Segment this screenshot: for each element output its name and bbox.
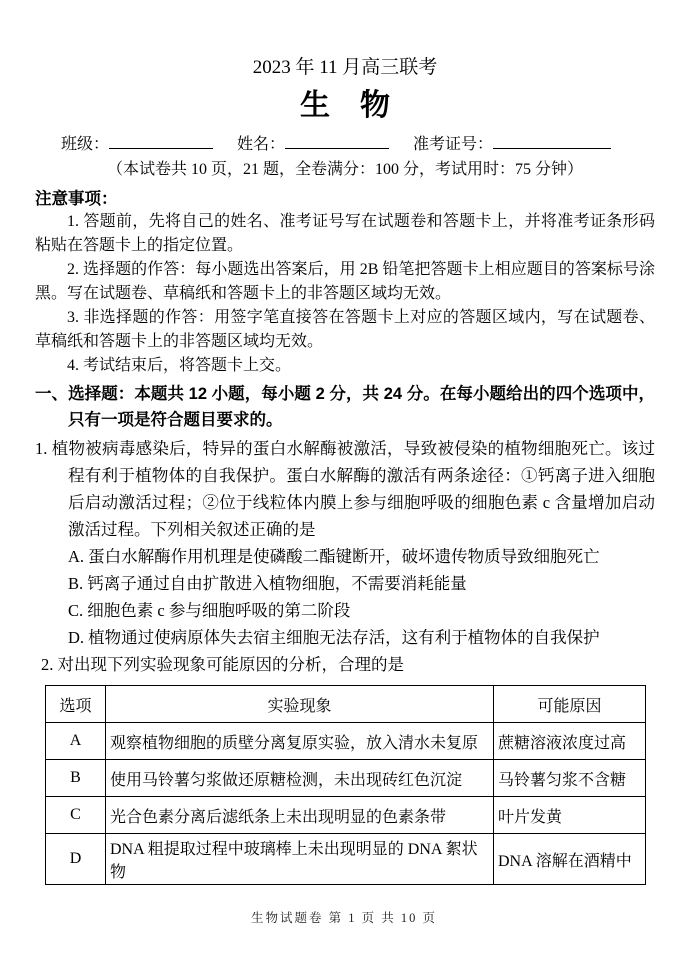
question-1-option-d: D. 植物通过使病原体失去宿主细胞无法存活，这有利于植物体的自我保护	[68, 624, 655, 651]
option-b-text: 钙离子通过自由扩散进入植物细胞，不需要消耗能量	[87, 574, 467, 593]
row-d-reason: DNA 溶解在酒精中	[494, 834, 646, 885]
question-1-stem-text: 植物被病毒感染后，特异的蛋白水解酶被激活，导致被侵染的植物细胞死亡。该过程有利于…	[52, 439, 655, 539]
name-label: 姓名：	[237, 136, 285, 153]
class-label: 班级：	[61, 136, 109, 153]
row-d-phenomenon: DNA 粗提取过程中玻璃棒上未出现明显的 DNA 絮状物	[106, 834, 494, 885]
option-d-text: 植物通过使病原体失去宿主细胞无法存活，这有利于植物体的自我保护	[88, 628, 600, 647]
option-b-label: B.	[68, 574, 83, 593]
header-reason: 可能原因	[494, 686, 646, 723]
table-header-row: 选项 实验现象 可能原因	[46, 686, 646, 723]
note-item-4: 4. 考试结束后，将答题卡上交。	[35, 354, 655, 378]
question-2: 2. 对出现下列实验现象可能原因的分析，合理的是 选项 实验现象 可能原因 A …	[35, 651, 655, 885]
note-item-3: 3. 非选择题的作答：用签字笔直接答在答题卡上对应的答题区域内，写在试题卷、草稿…	[35, 306, 655, 354]
subject-title: 生 物	[35, 88, 655, 124]
row-b-phenomenon: 使用马铃薯匀浆做还原糖检测，未出现砖红色沉淀	[106, 760, 494, 797]
option-a-label: A.	[68, 547, 84, 566]
admission-number-blank-line	[493, 133, 611, 149]
question-2-stem-text: 对出现下列实验现象可能原因的分析，合理的是	[58, 655, 405, 674]
row-b-option: B	[46, 760, 106, 797]
question-1-option-b: B. 钙离子通过自由扩散进入植物细胞，不需要消耗能量	[68, 570, 655, 597]
row-c-phenomenon: 光合色素分离后滤纸条上未出现明显的色素条带	[106, 797, 494, 834]
table-row-a: A 观察植物细胞的质壁分离复原实验，放入清水未复原 蔗糖溶液浓度过高	[46, 723, 646, 760]
question-1: 1. 植物被病毒感染后，特异的蛋白水解酶被激活，导致被侵染的植物细胞死亡。该过程…	[35, 435, 655, 651]
paper-info-line: （本试卷共 10 页，21 题，全卷满分：100 分，考试用时：75 分钟）	[35, 159, 655, 181]
row-a-phenomenon: 观察植物细胞的质壁分离复原实验，放入清水未复原	[106, 723, 494, 760]
table-row-d: D DNA 粗提取过程中玻璃棒上未出现明显的 DNA 絮状物 DNA 溶解在酒精…	[46, 834, 646, 885]
table-row-c: C 光合色素分离后滤纸条上未出现明显的色素条带 叶片发黄	[46, 797, 646, 834]
name-field: 姓名：	[237, 136, 389, 153]
section-heading-multiple-choice: 一、选择题：本题共 12 小题，每小题 2 分，共 24 分。在每小题给出的四个…	[35, 381, 655, 433]
name-blank-line	[285, 133, 389, 149]
row-a-reason: 蔗糖溶液浓度过高	[494, 723, 646, 760]
admission-number-field: 准考证号：	[413, 136, 611, 153]
note-item-2: 2. 选择题的作答：每小题选出答案后，用 2B 铅笔把答题卡上相应题目的答案标号…	[35, 258, 655, 306]
question-1-option-c: C. 细胞色素 c 参与细胞呼吸的第二阶段	[68, 597, 655, 624]
option-c-label: C.	[68, 601, 83, 620]
experiment-table: 选项 实验现象 可能原因 A 观察植物细胞的质壁分离复原实验，放入清水未复原 蔗…	[45, 685, 646, 885]
row-d-option: D	[46, 834, 106, 885]
row-c-option: C	[46, 797, 106, 834]
admission-number-label: 准考证号：	[413, 136, 493, 153]
class-field: 班级：	[61, 136, 213, 153]
table-row-b: B 使用马铃薯匀浆做还原糖检测，未出现砖红色沉淀 马铃薯匀浆不含糖	[46, 760, 646, 797]
note-item-1: 1. 答题前，先将自己的姓名、准考证号写在试题卷和答题卡上，并将准考证条形码粘贴…	[35, 210, 655, 258]
student-info-row: 班级：姓名：准考证号：	[61, 133, 655, 156]
row-b-reason: 马铃薯匀浆不含糖	[494, 760, 646, 797]
question-1-number: 1.	[35, 439, 47, 458]
option-d-label: D.	[68, 628, 84, 647]
question-1-stem: 1. 植物被病毒感染后，特异的蛋白水解酶被激活，导致被侵染的植物细胞死亡。该过程…	[35, 435, 655, 543]
option-c-text: 细胞色素 c 参与细胞呼吸的第二阶段	[87, 601, 350, 620]
exam-paper-page: 2023 年 11 月高三联考 生 物 班级：姓名：准考证号： （本试卷共 10…	[0, 0, 688, 972]
option-a-text: 蛋白水解酶作用机理是使磷酸二酯键断开，破坏遗传物质导致细胞死亡	[88, 547, 600, 566]
exam-title: 2023 年 11 月高三联考	[35, 56, 655, 80]
page-footer: 生物试题卷 第 1 页 共 10 页	[0, 908, 688, 926]
header-phenomenon: 实验现象	[106, 686, 494, 723]
question-1-option-a: A. 蛋白水解酶作用机理是使磷酸二酯键断开，破坏遗传物质导致细胞死亡	[68, 543, 655, 570]
row-c-reason: 叶片发黄	[494, 797, 646, 834]
question-2-number: 2.	[41, 655, 53, 674]
notes-heading: 注意事项：	[35, 188, 655, 210]
header-option: 选项	[46, 686, 106, 723]
class-blank-line	[109, 133, 213, 149]
row-a-option: A	[46, 723, 106, 760]
question-2-stem: 2. 对出现下列实验现象可能原因的分析，合理的是	[41, 651, 655, 678]
